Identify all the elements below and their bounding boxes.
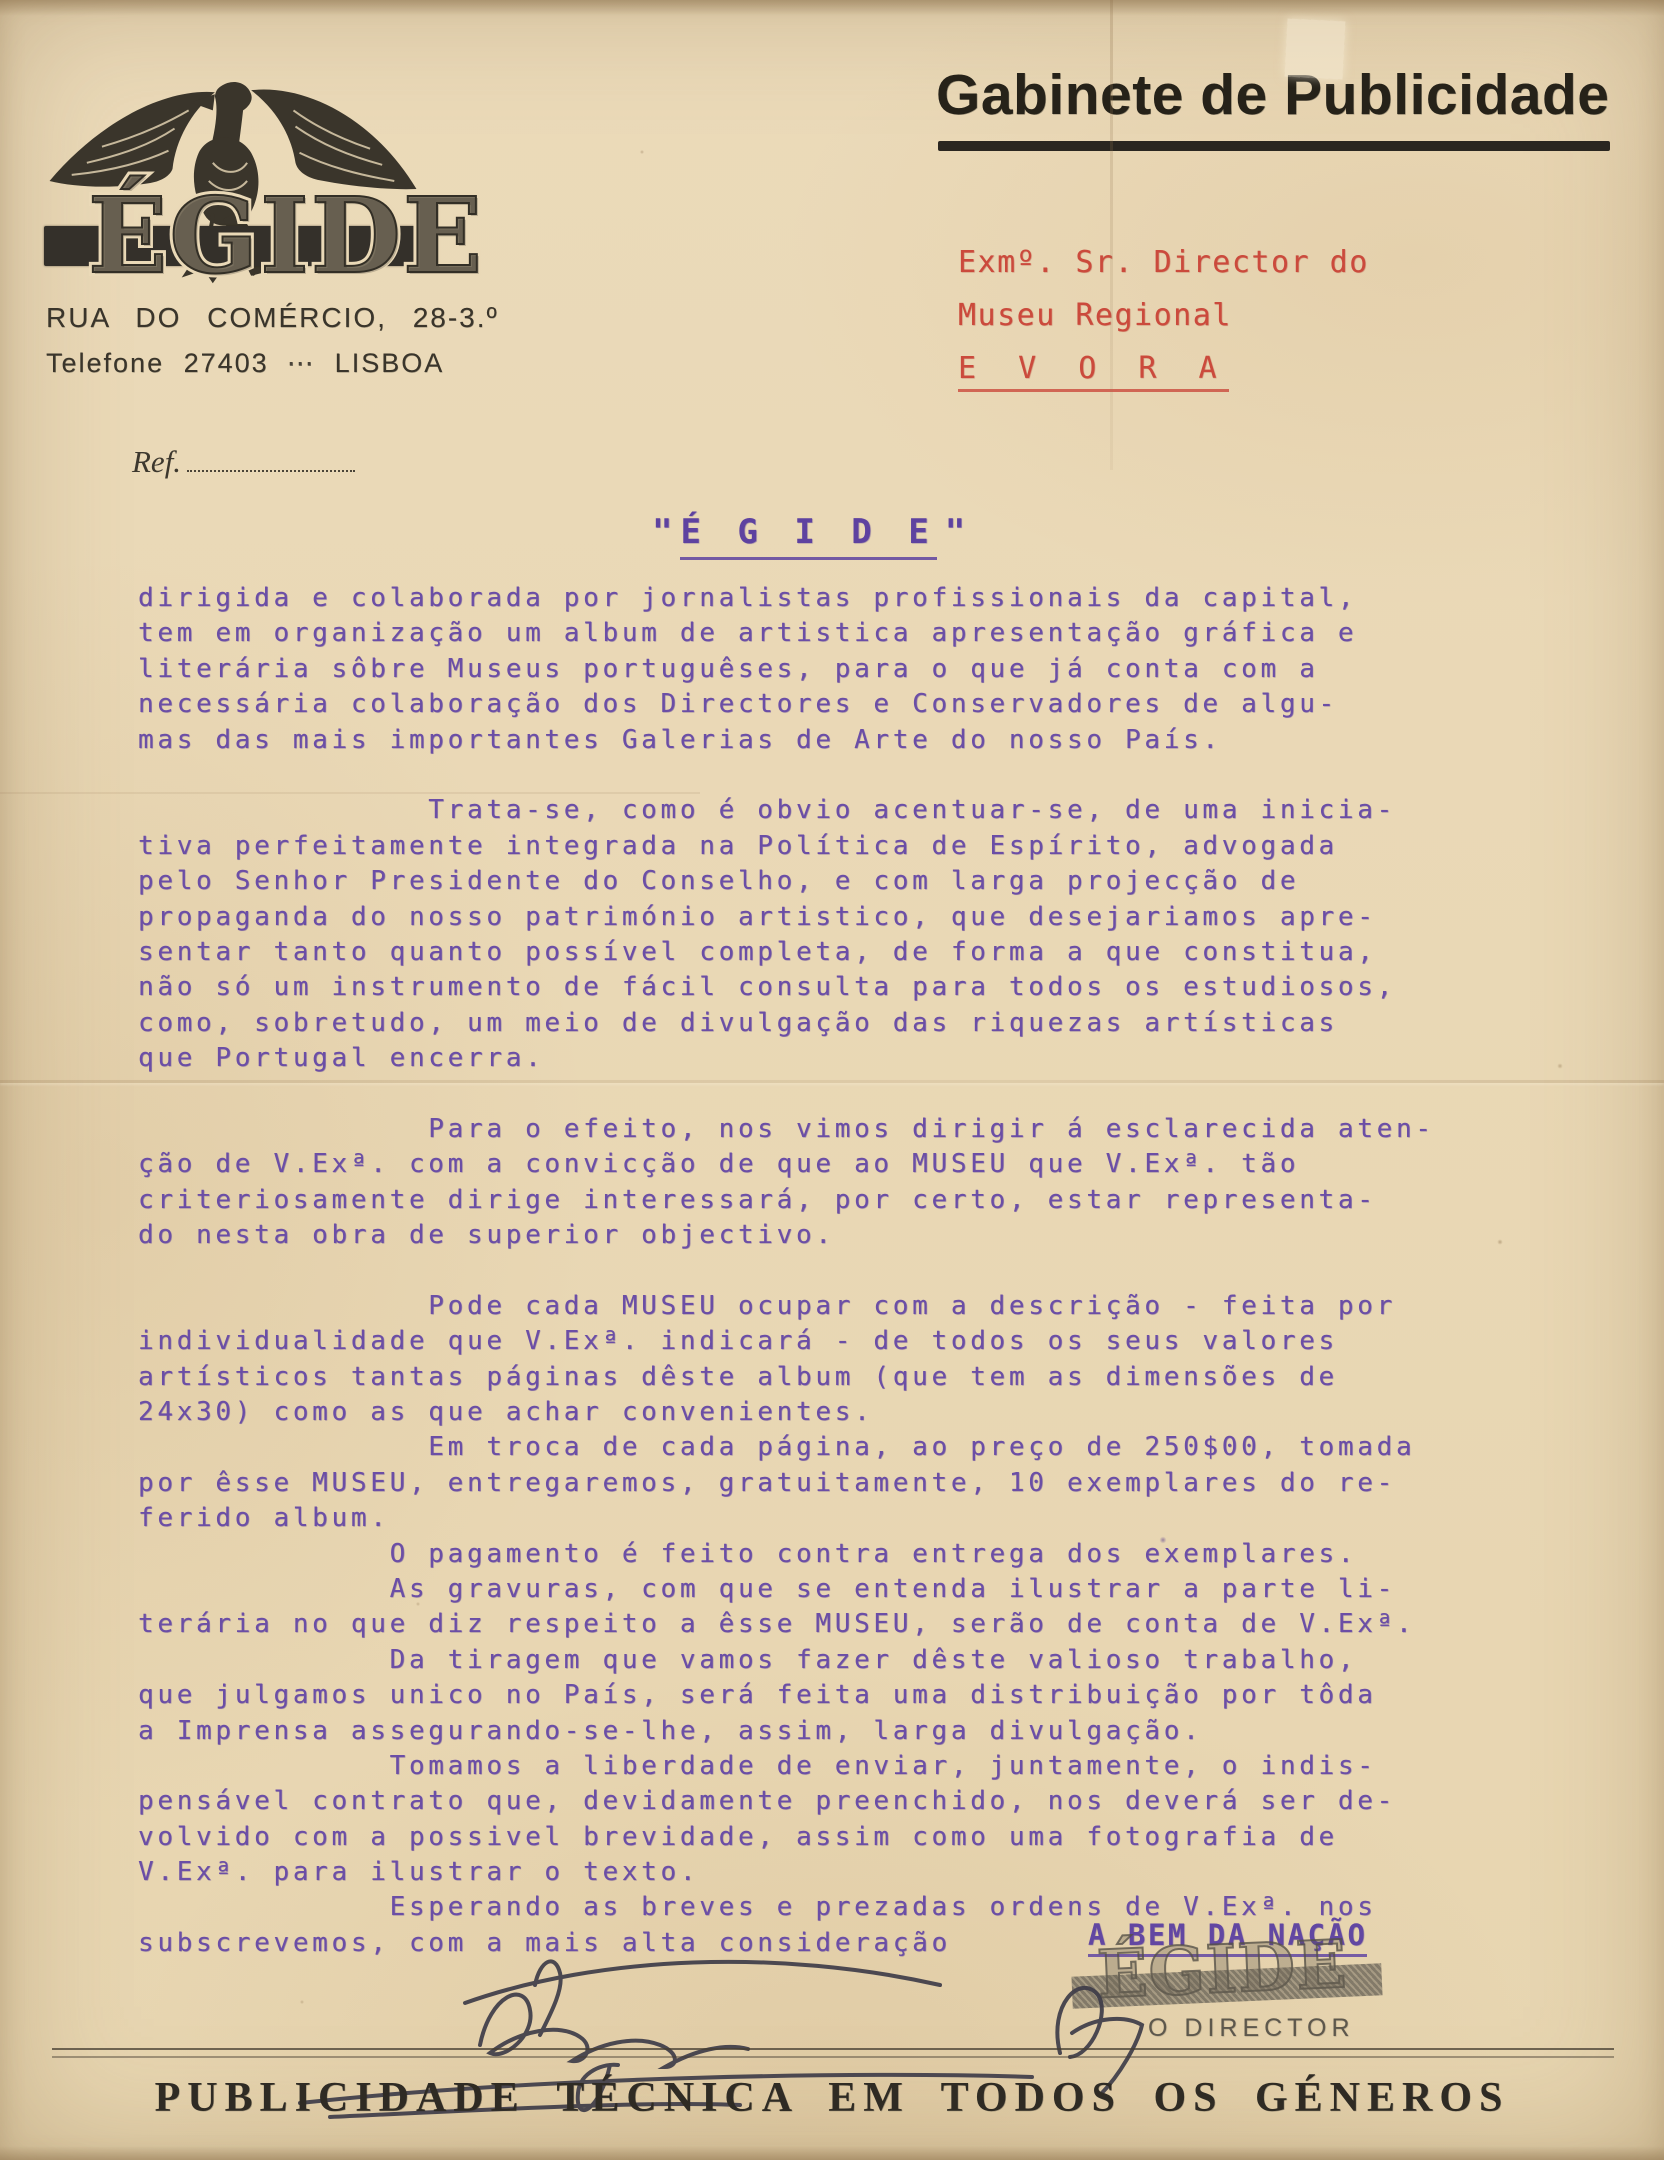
tape-mark [1285,19,1346,80]
typed-line: Trata-se, como é obvio acentuar-se, de u… [138,795,1538,830]
typed-line: a Imprensa assegurando-se-lhe, assim, la… [138,1716,1538,1751]
typed-line: Da tiragem que vamos fazer dêste valioso… [138,1645,1538,1680]
phone-label: Telefone 27403 [46,348,269,378]
typed-line: sentar tanto quanto possível completa, d… [138,937,1538,972]
footer-slogan: PUBLICIDADE TÉCNICA EM TODOS OS GÉNEROS [0,2074,1664,2122]
paper-edge-bottom [0,2146,1664,2160]
typed-line: que julgamos unico no País, será feita u… [138,1680,1538,1715]
paper-crease-vertical [1110,0,1113,470]
recipient-block: Exmº. Sr. Director do Museu Regional E V… [958,236,1369,395]
typed-line: do nesta obra de superior objectivo. [138,1220,1538,1255]
typed-line: 24x30) como as que achar convenientes. [138,1397,1538,1432]
typed-line: volvido com a possivel brevidade, assim … [138,1822,1538,1857]
ref-line: Ref. [132,444,355,480]
typed-line: Tomamos a liberdade de enviar, juntament… [138,1751,1538,1786]
typed-line: As gravuras, com que se entenda ilustrar… [138,1574,1538,1609]
ref-dotted-line [187,446,355,472]
typed-line: ção de V.Exª. com a convicção de que ao … [138,1149,1538,1184]
squiggle-separator-icon: ⋯ [287,348,317,379]
typed-line: individualidade que V.Exª. indicará - de… [138,1326,1538,1361]
letterhead-address: RUA DO COMÉRCIO, 28-3.º [46,302,499,334]
letterhead-city: LISBOA [335,348,445,378]
logo-wordmark-ink: ÉGIDE [88,184,484,288]
typed-line: O pagamento é feito contra entrega dos e… [138,1539,1538,1574]
letter-body: dirigida e colaborada por jornalistas pr… [138,583,1538,1963]
typed-line: Em troca de cada página, ao preço de 250… [138,1432,1538,1467]
typed-line: necessária colaboração dos Directores e … [138,689,1538,724]
letterhead-phone: Telefone 27403⋯LISBOA [46,348,444,379]
typed-line: Pode cada MUSEU ocupar com a descrição -… [138,1291,1538,1326]
typed-line: pelo Senhor Presidente do Conselho, e co… [138,866,1538,901]
recipient-city: E V O R A [958,351,1229,392]
scanned-letter-page: ÉGIDE ÉGIDE RUA DO COMÉRCIO, 28-3.º Tele… [0,0,1664,2160]
title-letters: É G I D E [680,512,936,560]
footer-rule-bottom [52,2056,1614,2058]
department-underline [938,141,1610,151]
typed-line: por êsse MUSEU, entregaremos, gratuitame… [138,1468,1538,1503]
paper-crease-faint [0,792,700,794]
department-title: Gabinete de Publicidade [936,62,1626,128]
recipient-line-1: Exmº. Sr. Director do [958,236,1369,289]
typed-line: não só um instrumento de fácil consulta … [138,972,1538,1007]
typed-line: que Portugal encerra. [138,1043,1538,1078]
paper-crease-horizontal [0,1080,1664,1083]
ref-label: Ref. [132,444,181,479]
typed-line: mas das mais importantes Galerias de Art… [138,725,1538,760]
typed-line: ferido album. [138,1503,1538,1538]
typed-line: pensável contrato que, devidamente preen… [138,1786,1538,1821]
title-open-quote: " [652,512,672,552]
paper-edge-top [0,0,1664,16]
logo-wordmark: ÉGIDE ÉGIDE [88,184,448,304]
typed-line: tem em organização um album de artistica… [138,618,1538,653]
letter-title: "É G I D E" [652,512,965,552]
typed-line [138,760,1538,795]
typed-line [138,1255,1538,1290]
typed-line: propaganda do nosso património artistico… [138,902,1538,937]
footer-rule-top [52,2048,1614,2050]
title-close-quote: " [945,512,965,552]
typed-line: artísticos tantas páginas dêste album (q… [138,1362,1538,1397]
typed-line: terária no que diz respeito a êsse MUSEU… [138,1609,1538,1644]
typed-line [138,1078,1538,1113]
recipient-line-2: Museu Regional [958,289,1369,342]
typed-line: V.Exª. para ilustrar o texto. [138,1857,1538,1892]
typed-line: criteriosamente dirige interessará, por … [138,1185,1538,1220]
typed-line: dirigida e colaborada por jornalistas pr… [138,583,1538,618]
typed-line: Para o efeito, nos vimos dirigir á escla… [138,1114,1538,1149]
typed-line: tiva perfeitamente integrada na Política… [138,831,1538,866]
typed-line: literária sôbre Museus portuguêses, para… [138,654,1538,689]
typed-line: como, sobretudo, um meio de divulgação d… [138,1008,1538,1043]
